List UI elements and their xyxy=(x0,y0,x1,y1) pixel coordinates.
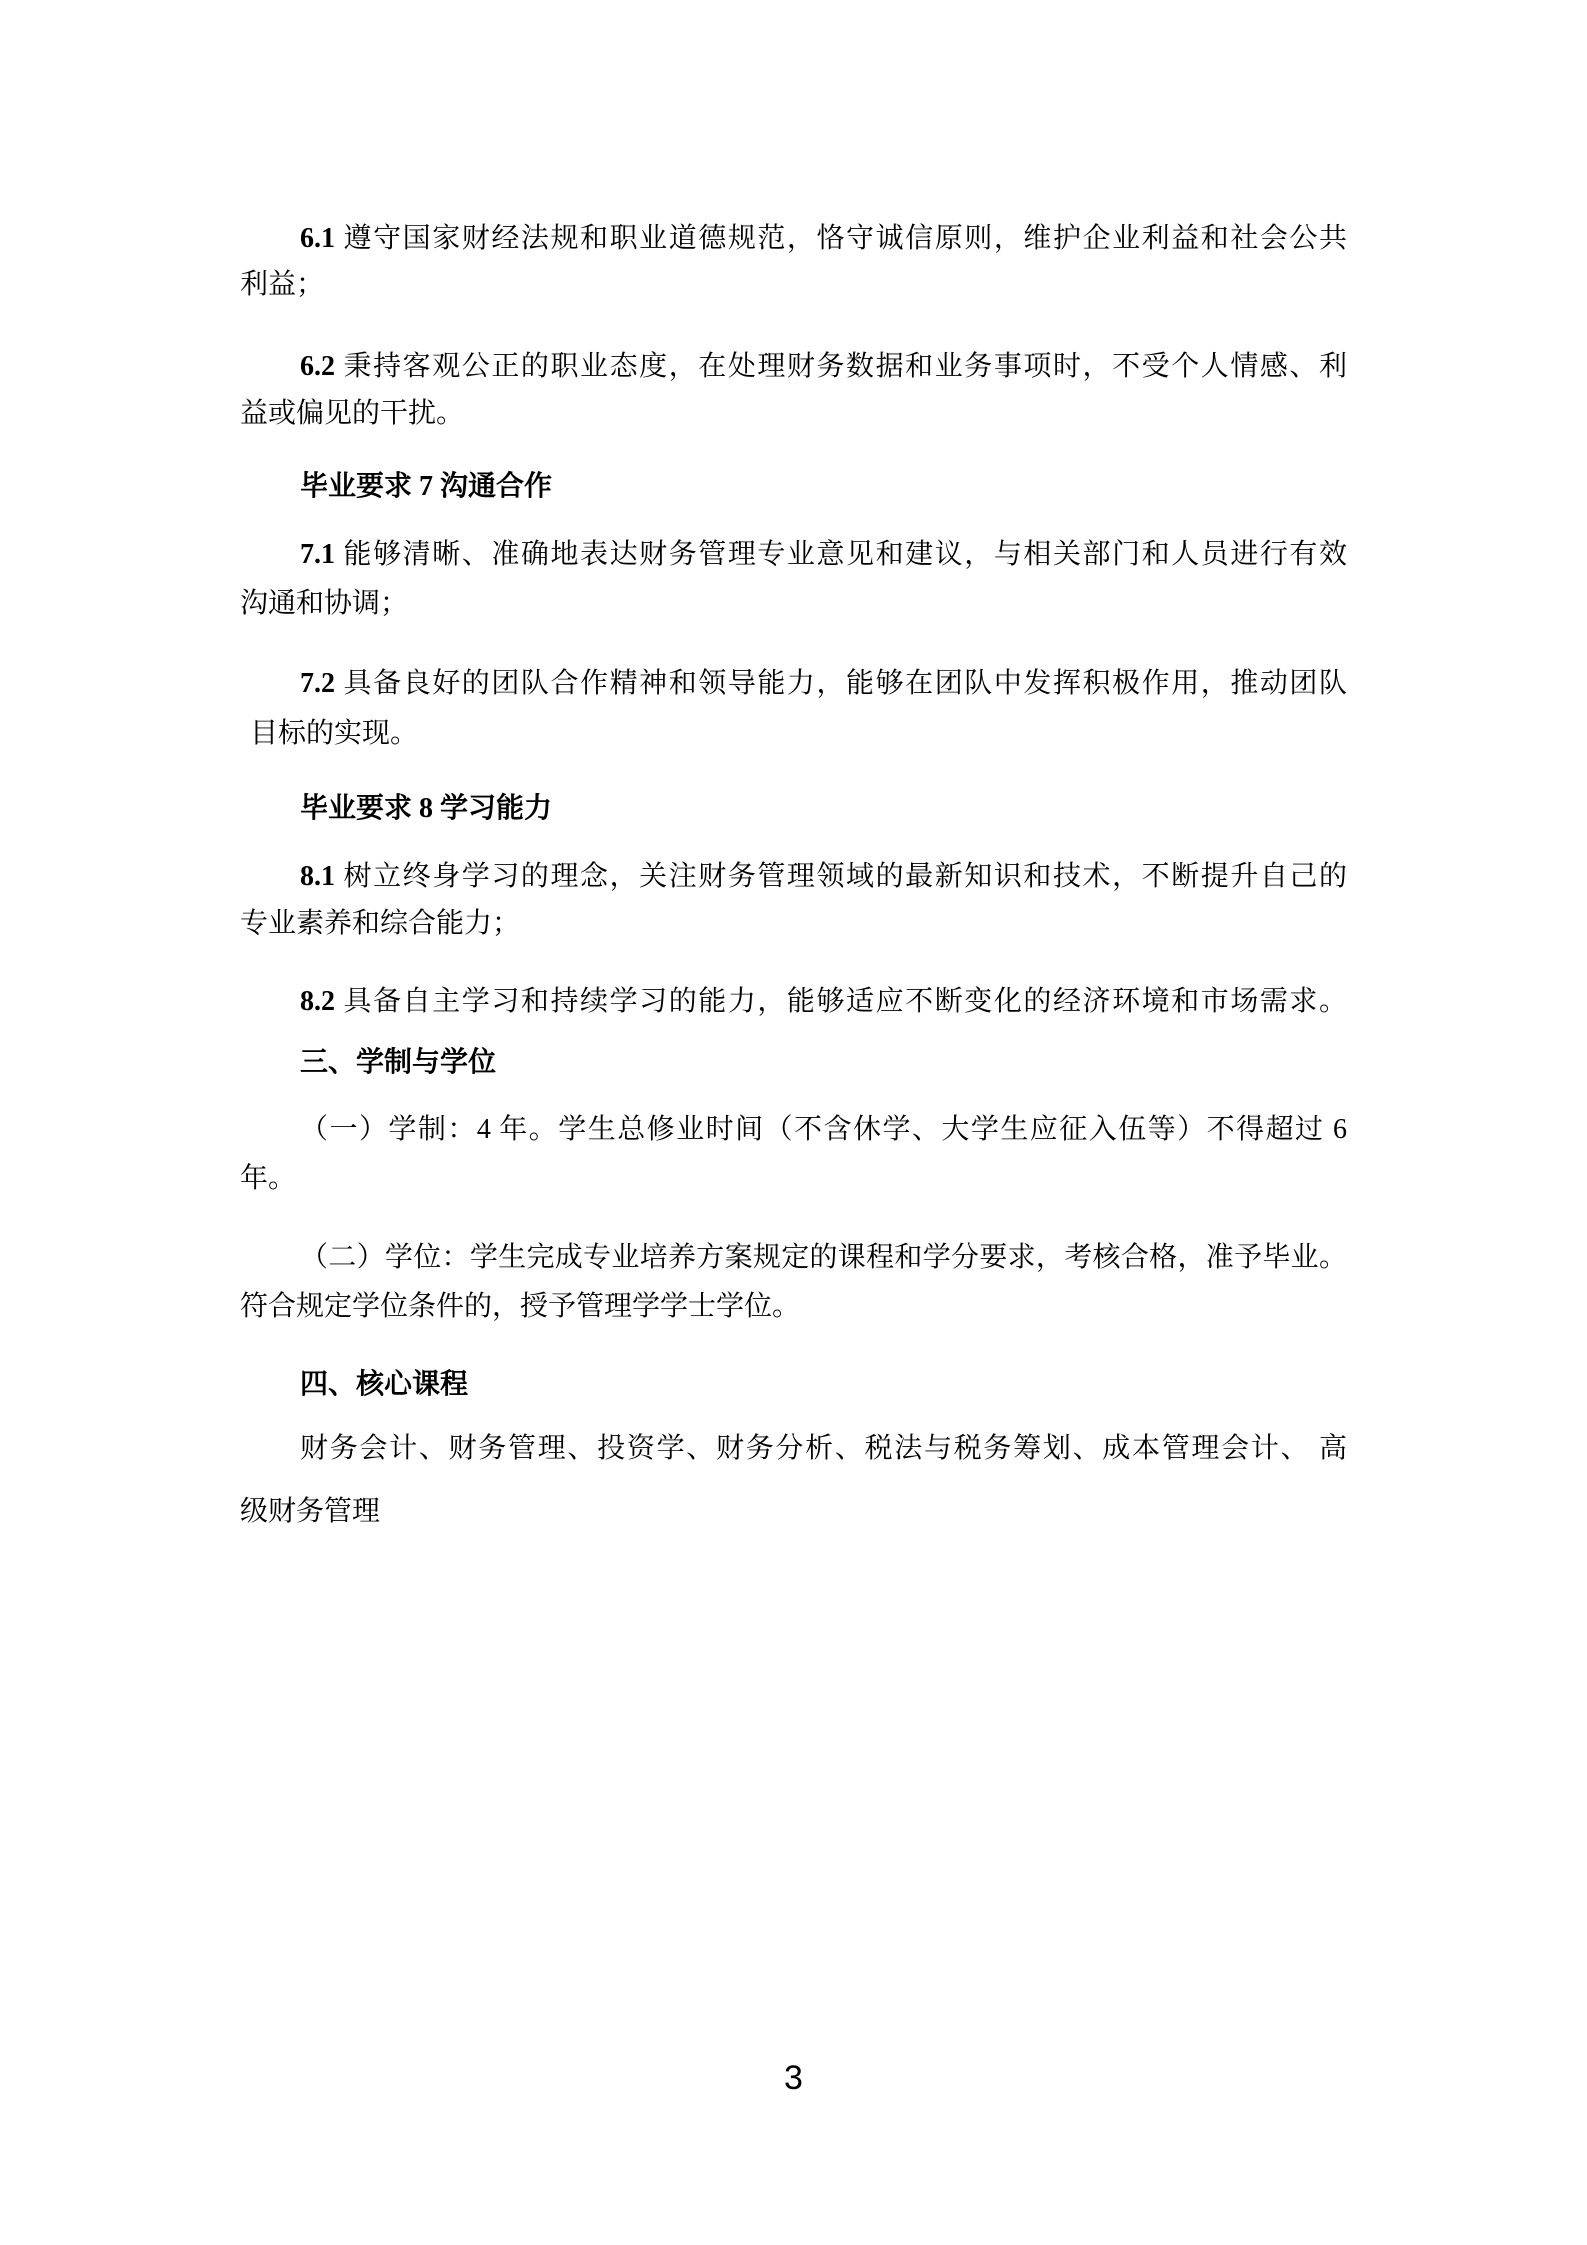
text-line: 财务会计、财务管理、投资学、财务分析、税法与税务筹划、成本管理会计、 高 xyxy=(300,1429,1347,1469)
list-number: 8.1 xyxy=(300,861,335,892)
text-line: 沟通和协调； xyxy=(240,584,408,624)
section-heading: 四、核心课程 xyxy=(300,1364,468,1404)
numbered-paragraph-line: 6.2 秉持客观公正的职业态度，在处理财务数据和业务事项时，不受个人情感、利 xyxy=(300,347,1347,387)
text-line: 利益； xyxy=(240,265,324,305)
numbered-paragraph-line: 8.1 树立终身学习的理念，关注财务管理领域的最新知识和技术，不断提升自己的 xyxy=(300,857,1347,897)
text-line: 级财务管理 xyxy=(240,1492,380,1532)
numbered-paragraph-line: 7.2 具备良好的团队合作精神和领导能力，能够在团队中发挥积极作用，推动团队 xyxy=(300,664,1347,704)
section-heading: 毕业要求 7 沟通合作 xyxy=(300,467,552,507)
list-number: 7.1 xyxy=(300,539,335,570)
document-page: 6.1 遵守国家财经法规和职业道德规范，恪守诚信原则，维护企业利益和社会公共利益… xyxy=(0,0,1587,2245)
text-line: 符合规定学位条件的，授予管理学学士学位。 xyxy=(240,1287,800,1327)
section-heading: 三、学制与学位 xyxy=(300,1042,496,1082)
text-line: （二）学位：学生完成专业培养方案规定的课程和学分要求，考核合格，准予毕业。 xyxy=(300,1238,1347,1278)
numbered-paragraph-line: 7.1 能够清晰、准确地表达财务管理专业意见和建议，与相关部门和人员进行有效 xyxy=(300,535,1347,575)
list-number: 7.2 xyxy=(300,668,335,699)
text-line: 益或偏见的干扰。 xyxy=(240,394,464,434)
numbered-paragraph-line: 6.1 遵守国家财经法规和职业道德规范，恪守诚信原则，维护企业利益和社会公共 xyxy=(300,219,1347,259)
list-number: 6.2 xyxy=(300,351,335,382)
page-number: 3 xyxy=(0,2058,1587,2098)
text-line: 目标的实现。 xyxy=(250,714,418,754)
list-number: 8.2 xyxy=(300,986,335,1017)
text-line: 专业素养和综合能力； xyxy=(240,904,520,944)
text-line: （一）学制：4 年。学生总修业时间（不含休学、大学生应征入伍等）不得超过 6 xyxy=(300,1110,1347,1150)
section-heading: 毕业要求 8 学习能力 xyxy=(300,789,552,829)
text-line: 年。 xyxy=(240,1159,296,1199)
list-number: 6.1 xyxy=(300,223,335,254)
numbered-paragraph-line: 8.2 具备自主学习和持续学习的能力，能够适应不断变化的经济环境和市场需求。 xyxy=(300,982,1347,1022)
